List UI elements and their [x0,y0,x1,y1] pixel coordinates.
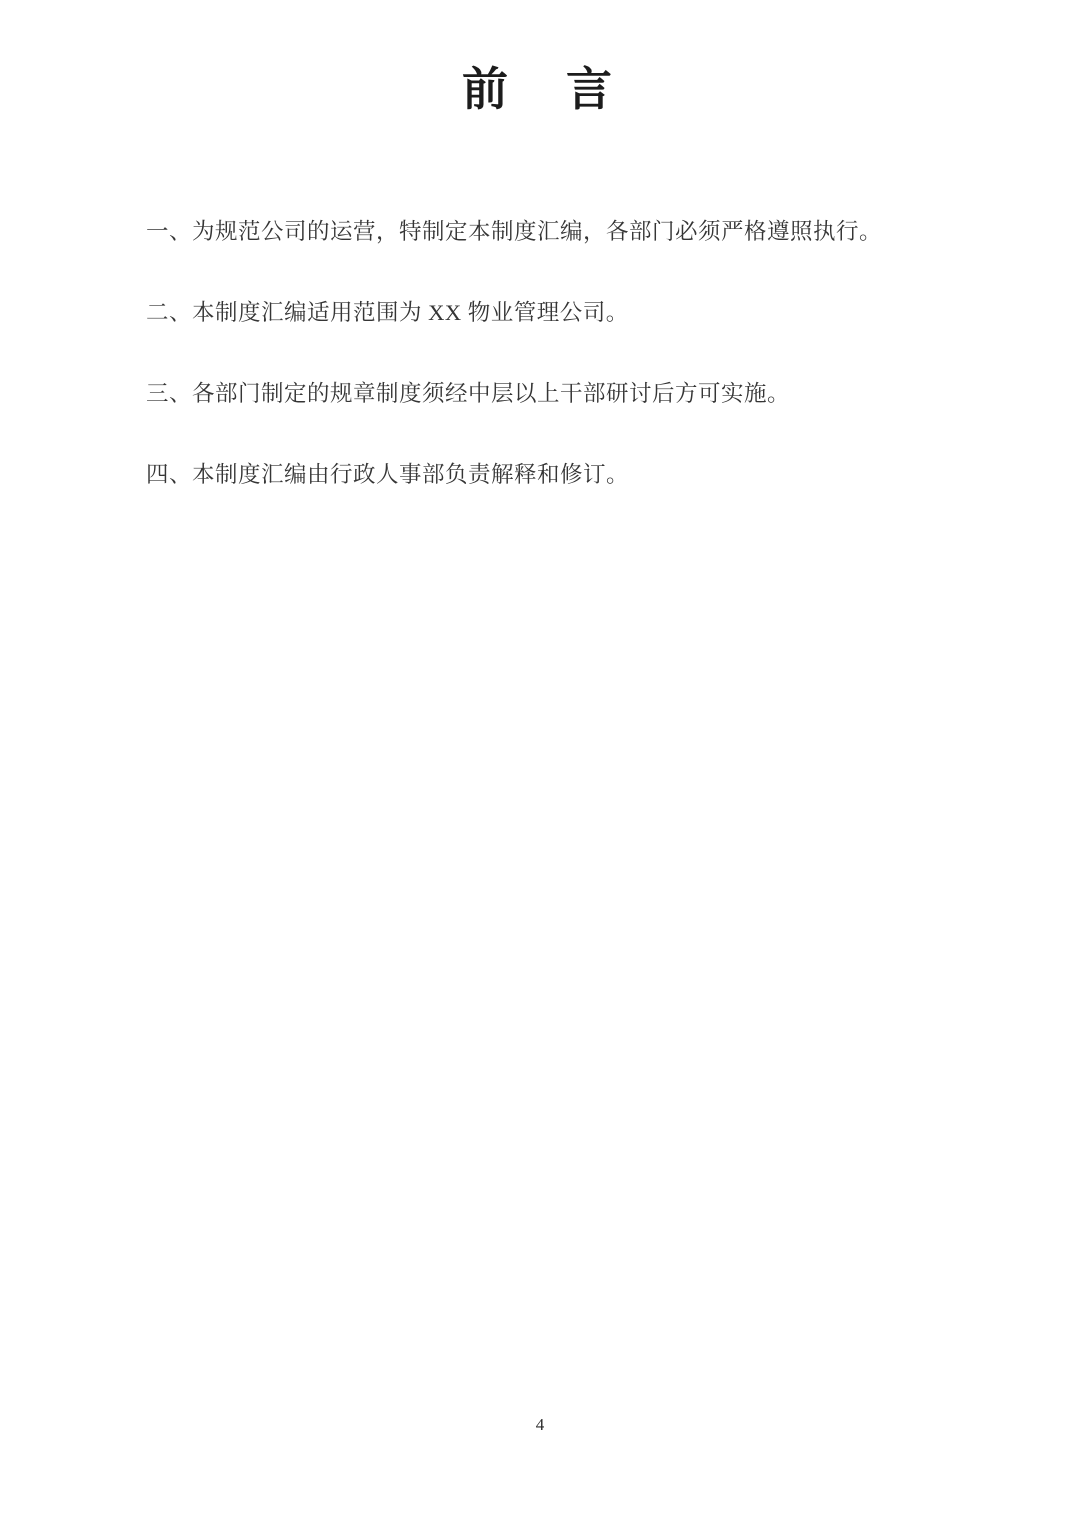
page-number: 4 [0,1415,1080,1435]
preface-item-2: 二、本制度汇编适用范围为 XX 物业管理公司。 [146,296,1000,331]
document-page: 前 言 一、为规范公司的运营，特制定本制度汇编，各部门必须严格遵照执行。 二、本… [0,0,1080,1527]
preface-item-1: 一、为规范公司的运营，特制定本制度汇编，各部门必须严格遵照执行。 [146,215,1000,250]
preface-content: 一、为规范公司的运营，特制定本制度汇编，各部门必须严格遵照执行。 二、本制度汇编… [0,215,1080,493]
preface-item-3: 三、各部门制定的规章制度须经中层以上干部研讨后方可实施。 [146,377,1000,412]
page-title: 前 言 [0,0,1080,117]
preface-item-4: 四、本制度汇编由行政人事部负责解释和修订。 [146,458,1000,493]
